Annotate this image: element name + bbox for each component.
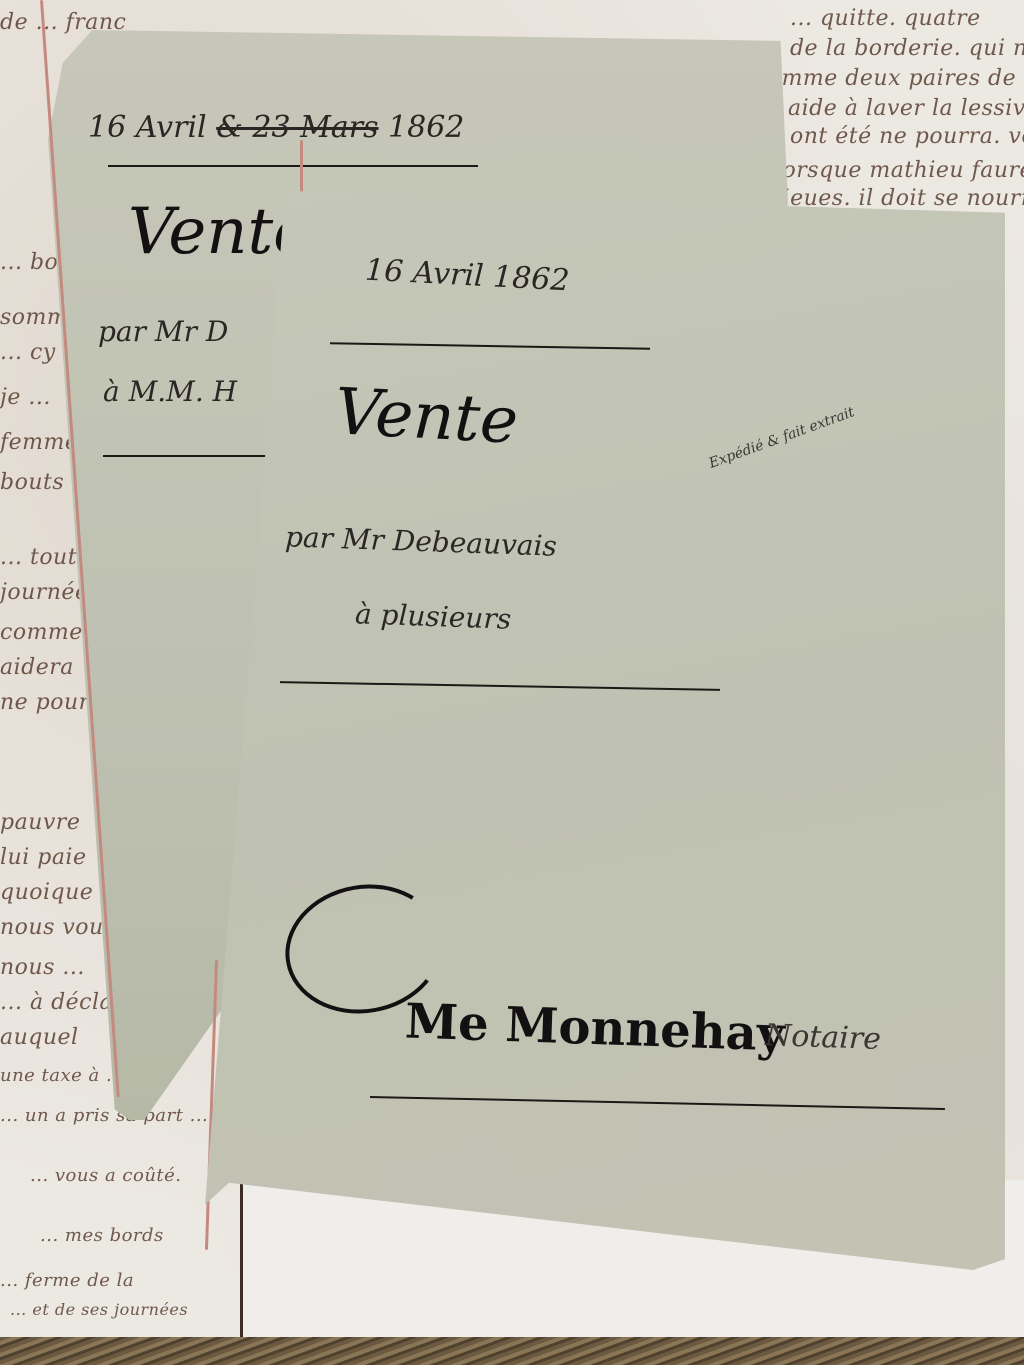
front-document-seller: par Mr Debeauvais (285, 520, 558, 562)
manuscript-line: ... cy (0, 340, 56, 365)
notary-name: Me Monnehay (404, 993, 785, 1062)
front-document-date: 16 Avril 1862 (364, 253, 570, 299)
manuscript-line: ... vous a coûté. (30, 1165, 182, 1186)
front-document-title: Vente (333, 375, 520, 458)
divider-rule (280, 681, 720, 691)
marginal-annotation: Expédié & fait extrait (707, 404, 857, 472)
manuscript-line: quoique (0, 880, 93, 905)
manuscript-line: ... mes bords (40, 1225, 164, 1246)
front-document-buyer: à plusieurs (354, 597, 511, 635)
manuscript-line: ... un a pris sa part ... (0, 1105, 208, 1126)
back-document-date: 16 Avril & 23 Mars 1862 (88, 110, 464, 145)
burlap-fabric (0, 1337, 1024, 1365)
manuscript-line: lorsque mathieu fauré (775, 158, 1024, 183)
divider-rule (330, 342, 650, 350)
front-document-cover: 16 Avril 1862 Vente Expédié & fait extra… (205, 180, 1005, 1270)
back-document-buyer: à M.M. H (103, 375, 237, 408)
divider-rule (370, 1096, 945, 1110)
manuscript-line: aidera (0, 655, 74, 680)
manuscript-line: ... aide à laver la lessive (758, 96, 1024, 121)
back-document-seller: par Mr D (98, 315, 228, 348)
manuscript-line: pauvre (0, 810, 80, 835)
manuscript-line: comme deux paires de poulets (755, 66, 1024, 91)
manuscript-line: bouts (0, 470, 64, 495)
divider-rule (103, 455, 293, 457)
manuscript-line: auquel (0, 1025, 79, 1050)
manuscript-line: ... quitte. quatre (790, 6, 981, 31)
manuscript-line: ... ferme de la (0, 1270, 134, 1291)
photo-scene: ... quitte. quatre ... de la borderie. q… (0, 0, 1024, 1365)
divider-rule (108, 165, 478, 167)
notary-title: Notaire (764, 1018, 881, 1057)
manuscript-line: je ... (0, 385, 51, 410)
manuscript-line: ... de la borderie. qui n (760, 36, 1024, 61)
manuscript-line: nous ... (0, 955, 85, 980)
manuscript-line: ... et de ses journées (10, 1300, 188, 1319)
manuscript-line: ... ont été ne pourra. venir (760, 124, 1024, 149)
manuscript-line: nous vous (0, 915, 116, 940)
manuscript-line: lui paie (0, 845, 87, 870)
